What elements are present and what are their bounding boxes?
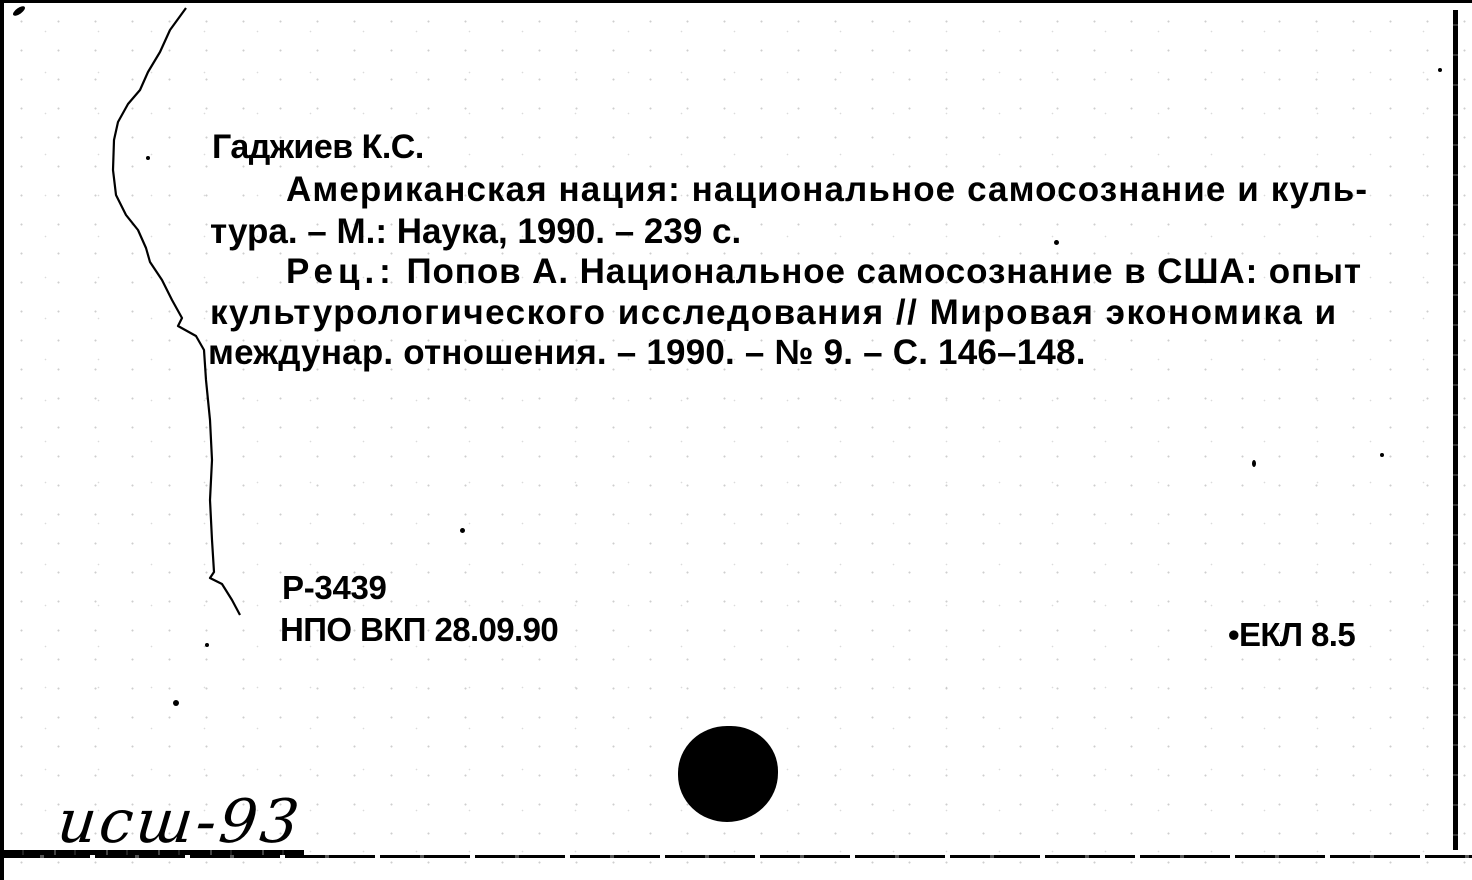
author-name: Гаджиев К.С. [212, 127, 424, 167]
punch-hole [678, 726, 778, 822]
ink-dot [1252, 460, 1256, 467]
review-line-1: Рец.: Попов А. Национальное самосознание… [286, 252, 1362, 292]
source-date: НПО ВКП 28.09.90 [280, 610, 558, 650]
catalog-card: Гаджиев К.С. Американская нация: национа… [0, 0, 1472, 880]
card-top-edge [0, 0, 1472, 3]
review-line-3: междунар. отношения. – 1990. – № 9. – С.… [208, 333, 1086, 373]
card-right-edge [1453, 10, 1458, 850]
card-left-edge [0, 0, 4, 880]
book-title-line-2: тура. – М.: Наука, 1990. – 239 с. [210, 212, 741, 252]
ink-mark [12, 5, 27, 18]
ink-dot [146, 156, 150, 160]
ink-dot [460, 528, 465, 533]
review-line-2: культурологического исследования // Миро… [210, 293, 1338, 333]
classification-code: •ЕКЛ 8.5 [1228, 615, 1355, 655]
ink-dot [173, 700, 179, 706]
handwritten-underline [4, 850, 304, 855]
ink-dot [1054, 240, 1059, 245]
record-number: Р-3439 [282, 568, 387, 608]
review-label: Рец.: [286, 252, 396, 291]
book-title-line-1: Американская нация: национальное самосоз… [286, 170, 1368, 210]
ink-dot [1380, 453, 1384, 457]
ink-dot [1438, 68, 1442, 72]
review-line-1-text: Попов А. Национальное самосознание в США… [396, 252, 1362, 291]
ink-dot [205, 643, 209, 647]
handwritten-note: исш-93 [55, 790, 305, 854]
